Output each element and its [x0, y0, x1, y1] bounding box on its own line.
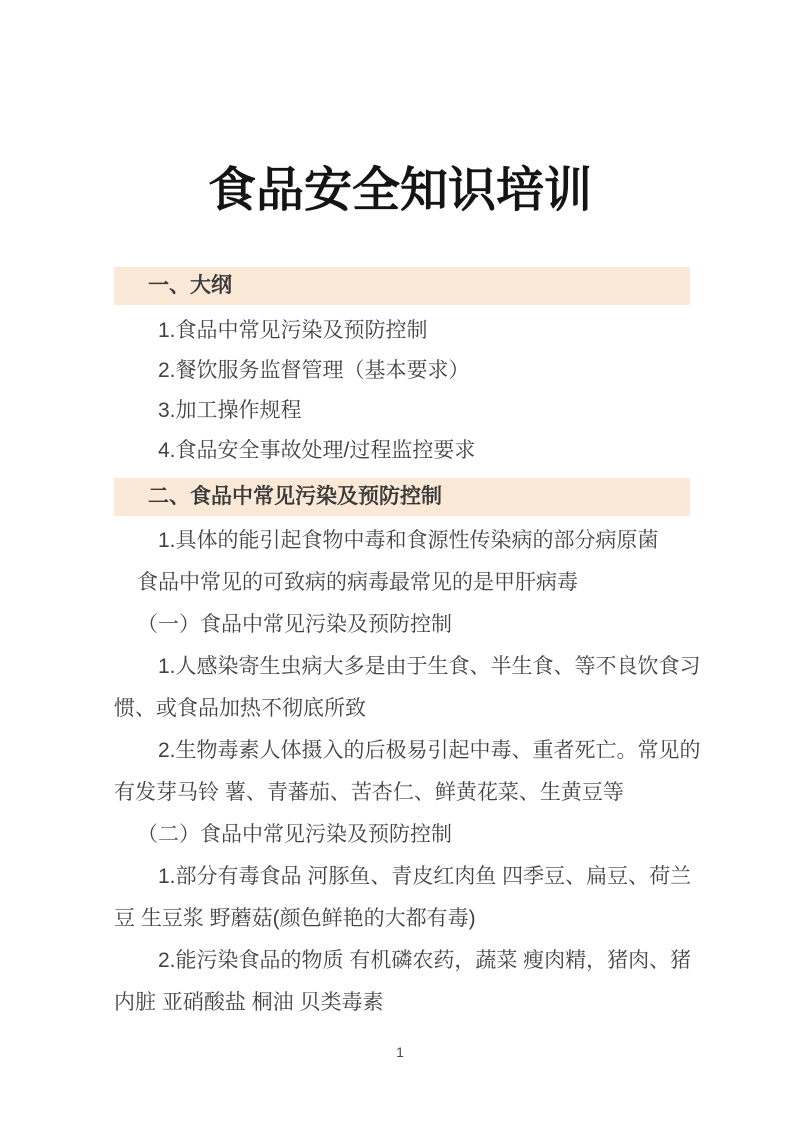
section-body: 1.具体的能引起食物中毒和食源性传染病的部分病原菌 食品中常见的可致病的病毒最常…: [114, 520, 690, 1024]
body-line: 1.人感染寄生虫病大多是由于生食、半生食、等不良饮食习: [114, 646, 690, 688]
body-line: 1.具体的能引起食物中毒和食源性传染病的部分病原菌: [114, 520, 690, 562]
document-content: 一、大纲 1.食品中常见污染及预防控制 2.餐饮服务监督管理（基本要求） 3.加…: [114, 267, 690, 1024]
outline-item: 3.加工操作规程: [114, 391, 690, 431]
body-line: 食品中常见的可致病的病毒最常见的是甲肝病毒: [114, 562, 690, 604]
section-heading-contamination: 二、食品中常见污染及预防控制: [114, 478, 690, 516]
body-line: 内脏 亚硝酸盐 桐油 贝类毒素: [114, 982, 690, 1024]
body-line: 2.能污染食品的物质 有机磷农药，蔬菜 瘦肉精，猪肉、猪: [114, 940, 690, 982]
body-line: 豆 生豆浆 野蘑菇(颜色鲜艳的大都有毒): [114, 898, 690, 940]
outline-item: 1.食品中常见污染及预防控制: [114, 311, 690, 351]
body-line: 惯、或食品加热不彻底所致: [114, 688, 690, 730]
page-title: 食品安全知识培训: [0, 160, 800, 220]
body-line: 1.部分有毒食品 河豚鱼、青皮红肉鱼 四季豆、扁豆、荷兰: [114, 856, 690, 898]
body-line: （二）食品中常见污染及预防控制: [114, 814, 690, 856]
section-heading-outline: 一、大纲: [114, 267, 690, 305]
document-page: 食品安全知识培训 一、大纲 1.食品中常见污染及预防控制 2.餐饮服务监督管理（…: [0, 0, 800, 1131]
outline-item: 4.食品安全事故处理/过程监控要求: [114, 431, 690, 471]
page-number: 1: [0, 1044, 800, 1060]
body-line: 有发芽马铃 薯、青蕃茄、苦杏仁、鲜黄花菜、生黄豆等: [114, 772, 690, 814]
outline-item: 2.餐饮服务监督管理（基本要求）: [114, 351, 690, 391]
section-heading-contamination-label: 二、食品中常见污染及预防控制: [148, 485, 442, 508]
outline-list: 1.食品中常见污染及预防控制 2.餐饮服务监督管理（基本要求） 3.加工操作规程…: [114, 311, 690, 471]
section-heading-outline-label: 一、大纲: [148, 274, 232, 297]
body-line: 2.生物毒素人体摄入的后极易引起中毒、重者死亡。常见的: [114, 730, 690, 772]
body-line: （一）食品中常见污染及预防控制: [114, 604, 690, 646]
